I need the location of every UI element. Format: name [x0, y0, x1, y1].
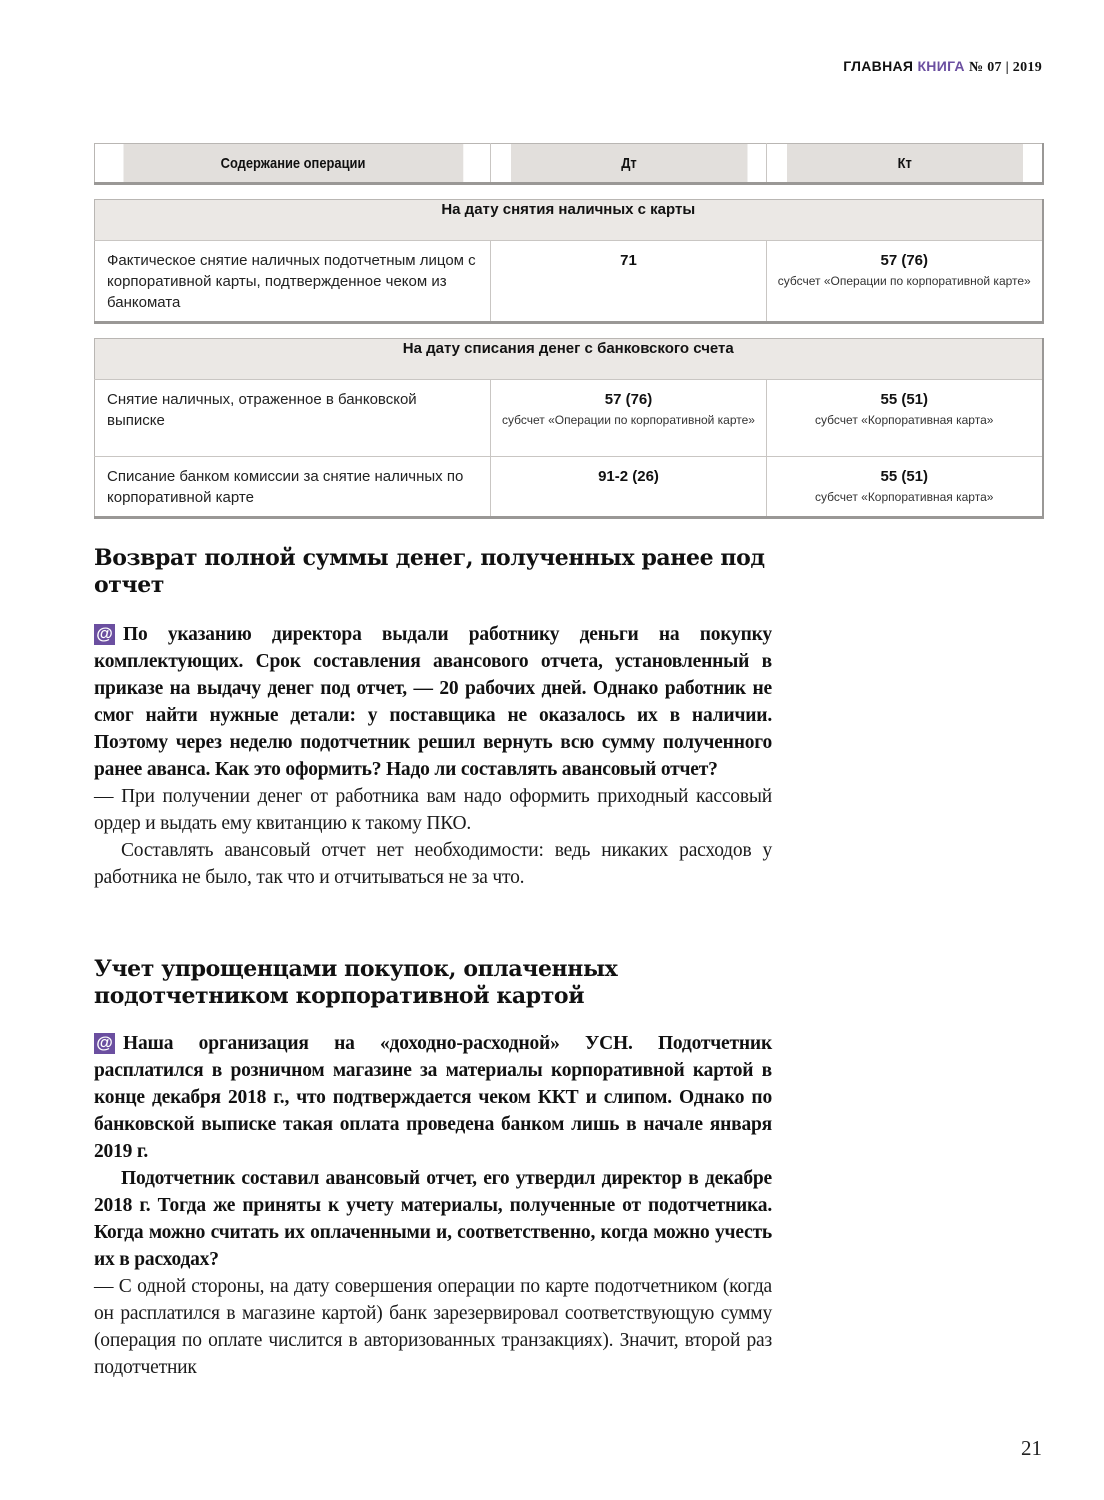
section-title: На дату снятия наличных с карты [95, 200, 1043, 241]
table-row: Снятие наличных, отраженное в банковской… [95, 380, 1043, 457]
debit-cell: 57 (76) субсчет «Операции по корпоративн… [491, 380, 767, 457]
debit-account: 91-2 (26) [501, 466, 756, 487]
operation-description: Фактическое снятие наличных подотчетным … [95, 241, 491, 323]
question-text: @По указанию директора выдали работнику … [94, 621, 772, 783]
running-head: ГЛАВНАЯ КНИГА № 07 | 2019 [843, 58, 1042, 76]
at-sign-icon: @ [94, 1033, 115, 1054]
postings-table: Содержание операции Дт Кт На дату снятия… [94, 143, 1042, 519]
table-header: Содержание операции Дт Кт [94, 143, 1044, 185]
answer-text: — С одной стороны, на дату совершения оп… [94, 1273, 772, 1381]
debit-cell: 91-2 (26) [491, 457, 767, 518]
table-row: Фактическое снятие наличных подотчетным … [95, 241, 1043, 323]
answer-text: Составлять авансовый отчет нет необходим… [94, 837, 772, 891]
operation-description: Снятие наличных, отраженное в банковской… [95, 380, 491, 457]
at-sign-icon: @ [94, 624, 115, 645]
page-number: 21 [1021, 1436, 1042, 1461]
answer-text: — При получении денег от работника вам н… [94, 783, 772, 837]
article-heading: Учет упрощенцами покупок, оплаченных под… [94, 956, 772, 1010]
header-credit: Кт [786, 144, 1023, 184]
question-text: @Наша организация на «доходно-расходной»… [94, 1030, 772, 1165]
article-simplified-tax-card-purchases: Учет упрощенцами покупок, оплаченных под… [94, 956, 772, 1381]
credit-account: 57 (76) [777, 250, 1032, 271]
debit-account: 71 [501, 250, 756, 271]
table-section: На дату снятия наличных с карты Фактичес… [94, 199, 1044, 324]
credit-subaccount: субсчет «Корпоративная карта» [777, 411, 1032, 429]
section-title: На дату списания денег с банковского сче… [95, 339, 1043, 380]
header-debit: Дт [510, 144, 747, 184]
credit-subaccount: субсчет «Корпоративная карта» [777, 488, 1032, 506]
question-text: Подотчетник составил авансовый отчет, ег… [94, 1165, 772, 1273]
issue-number: № 07 | 2019 [969, 60, 1042, 75]
credit-cell: 57 (76) субсчет «Операции по корпоративн… [767, 241, 1043, 323]
credit-subaccount: субсчет «Операции по корпоративной карте… [777, 272, 1032, 290]
article-advance-return: Возврат полной суммы денег, полученных р… [94, 545, 772, 891]
debit-cell: 71 [491, 241, 767, 323]
table-section: На дату списания денег с банковского сче… [94, 338, 1044, 519]
credit-account: 55 (51) [777, 466, 1032, 487]
brand-part2: КНИГА [917, 58, 964, 74]
debit-subaccount: субсчет «Операции по корпоративной карте… [501, 411, 756, 429]
credit-cell: 55 (51) субсчет «Корпоративная карта» [767, 380, 1043, 457]
article-heading: Возврат полной суммы денег, полученных р… [94, 545, 772, 599]
debit-account: 57 (76) [501, 389, 756, 410]
header-operation: Содержание операции [122, 144, 463, 184]
brand-part1: ГЛАВНАЯ [843, 58, 913, 74]
operation-description: Списание банком комиссии за снятие налич… [95, 457, 491, 518]
credit-cell: 55 (51) субсчет «Корпоративная карта» [767, 457, 1043, 518]
credit-account: 55 (51) [777, 389, 1032, 410]
table-row: Списание банком комиссии за снятие налич… [95, 457, 1043, 518]
